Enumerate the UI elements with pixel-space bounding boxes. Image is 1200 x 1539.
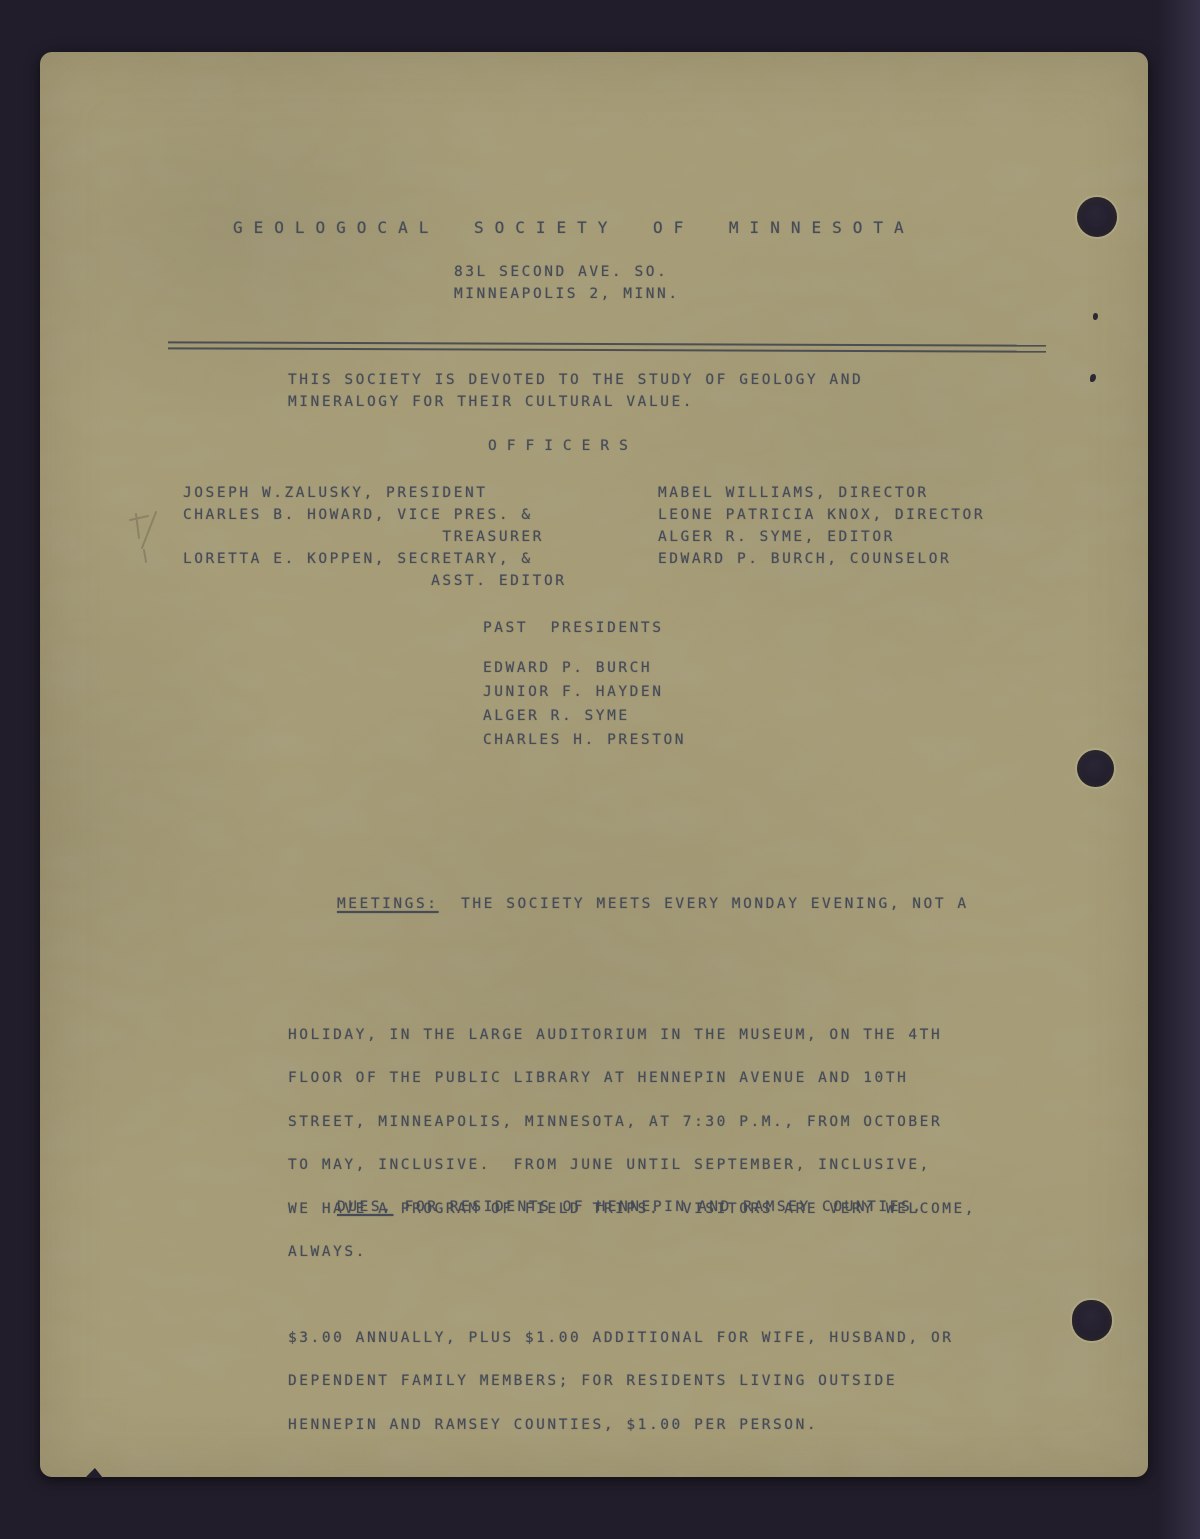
dues-paragraph: DUES, FOR RESIDENTS OF HENNEPIN AND RAMS… — [288, 1099, 954, 1534]
past-president-line: ALGER R. SYME — [483, 708, 686, 732]
text-line: DEPENDENT FAMILY MEMBERS; FOR RESIDENTS … — [288, 1360, 954, 1404]
past-president-line: JUNIOR F. HAYDEN — [483, 684, 686, 708]
text-line: MINERALOGY FOR THEIR CULTURAL VALUE. — [288, 394, 863, 416]
scan-background: { "document": { "title": "GEOLOGOCAL SOC… — [0, 0, 1200, 1539]
dues-body: $3.00 ANNUALLY, PLUS $1.00 ADDITIONAL FO… — [288, 1317, 954, 1448]
officer-line: CHARLES B. HOWARD, VICE PRES. & — [183, 507, 567, 529]
punch-hole-bottom — [1072, 1300, 1112, 1341]
officer-line: LORETTA E. KOPPEN, SECRETARY, & — [183, 551, 567, 573]
officers-heading: OFFICERS — [488, 438, 638, 454]
document-title: GEOLOGOCAL SOCIETY OF MINNESOTA — [233, 218, 915, 237]
pencil-mark — [122, 504, 174, 564]
officer-line: LEONE PATRICIA KNOX, DIRECTOR — [658, 507, 985, 529]
punch-hole-middle — [1077, 750, 1114, 787]
officer-line: ASST. EDITOR — [183, 573, 567, 595]
ink-speck — [1090, 374, 1096, 382]
tagline: THIS SOCIETY IS DEVOTED TO THE STUDY OF … — [288, 372, 863, 416]
text-line: THIS SOCIETY IS DEVOTED TO THE STUDY OF … — [288, 372, 863, 394]
paper-edge-notch — [85, 1468, 103, 1478]
address-block: 83L SECOND AVE. SO.MINNEAPOLIS 2, MINN. — [454, 264, 680, 308]
past-president-line: EDWARD P. BURCH — [483, 660, 686, 684]
meetings-label: MEETINGS: — [337, 896, 439, 912]
dues-label: DUES, — [337, 1199, 393, 1215]
past-presidents-list: EDWARD P. BURCHJUNIOR F. HAYDENALGER R. … — [483, 660, 686, 756]
dues-first-line-rest: FOR RESIDENTS OF HENNEPIN AND RAMSEY COU… — [393, 1199, 923, 1215]
officers-right-column: MABEL WILLIAMS, DIRECTORLEONE PATRICIA K… — [658, 485, 985, 573]
officer-line: ALGER R. SYME, EDITOR — [658, 529, 985, 551]
paper-sheet: GEOLOGOCAL SOCIETY OF MINNESOTA 83L SECO… — [40, 52, 1148, 1477]
past-president-line: CHARLES H. PRESTON — [483, 732, 686, 756]
officer-line: TREASURER — [183, 529, 567, 551]
divider-rule — [168, 341, 1046, 356]
officer-line: JOSEPH W.ZALUSKY, PRESIDENT — [183, 485, 567, 507]
divider-rule-bottom — [168, 347, 1046, 352]
text-line: HENNEPIN AND RAMSEY COUNTIES, $1.00 PER … — [288, 1404, 954, 1448]
meetings-first-line-rest: THE SOCIETY MEETS EVERY MONDAY EVENING, … — [439, 896, 969, 912]
dues-first-line: DUES, FOR RESIDENTS OF HENNEPIN AND RAMS… — [288, 1186, 954, 1230]
punch-hole-top — [1077, 197, 1117, 237]
text-line: $3.00 ANNUALLY, PLUS $1.00 ADDITIONAL FO… — [288, 1317, 954, 1361]
address-line: 83L SECOND AVE. SO. — [454, 264, 680, 286]
officer-line: MABEL WILLIAMS, DIRECTOR — [658, 485, 985, 507]
text-line: HOLIDAY, IN THE LARGE AUDITORIUM IN THE … — [288, 1014, 976, 1058]
meetings-first-line: MEETINGS: THE SOCIETY MEETS EVERY MONDAY… — [288, 883, 976, 927]
address-line: MINNEAPOLIS 2, MINN. — [454, 286, 680, 308]
divider-rule-top — [168, 341, 1046, 346]
officer-line: EDWARD P. BURCH, COUNSELOR — [658, 551, 985, 573]
text-line: FLOOR OF THE PUBLIC LIBRARY AT HENNEPIN … — [288, 1057, 976, 1101]
officers-left-column: JOSEPH W.ZALUSKY, PRESIDENTCHARLES B. HO… — [183, 485, 567, 595]
past-presidents-heading: PAST PRESIDENTS — [483, 620, 663, 636]
ink-speck — [1093, 313, 1098, 320]
